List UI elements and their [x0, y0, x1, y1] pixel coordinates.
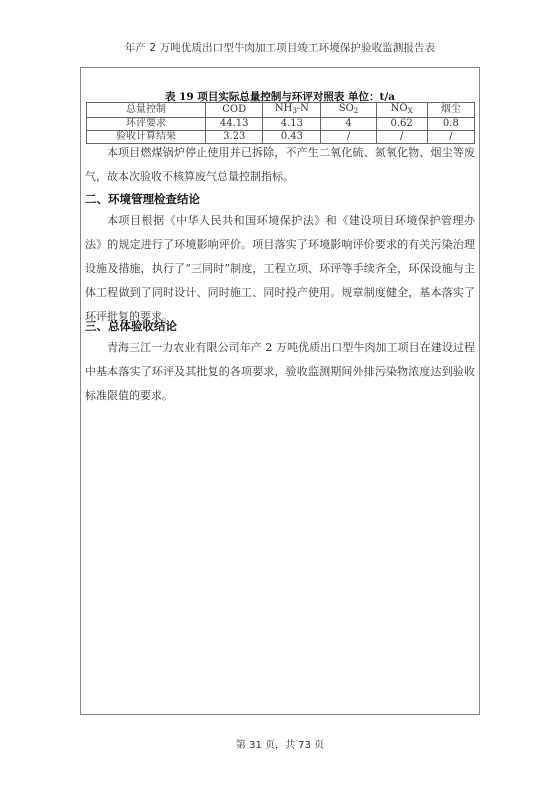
- table-cell: 0.8: [427, 118, 474, 131]
- header-text: -N: [297, 103, 309, 114]
- header-cell: NH3-N: [263, 103, 321, 118]
- header-text: SO: [339, 103, 354, 114]
- table-header-row: 总量控制 COD NH3-N SO2 NOX 烟尘: [87, 103, 475, 118]
- header-cell: NOX: [376, 103, 427, 118]
- paragraph-environmental-management: 本项目根据《中华人民共和国环境保护法》和《建设项目环境保护管理办法》的规定进行了…: [85, 209, 475, 329]
- paragraph-boiler-note: 本项目燃煤锅炉停止使用并已拆除，不产生二氧化硫、氮氧化物、烟尘等废气，故本次验收…: [85, 141, 475, 189]
- subscript: X: [408, 107, 413, 115]
- header-cell: 烟尘: [427, 103, 474, 118]
- header-text: NO: [391, 103, 408, 114]
- table-cell: 环评要求: [87, 118, 206, 131]
- paragraph-overall-conclusion: 青海三江一力农业有限公司年产 2 万吨优质出口型牛肉加工项目在建设过程中基本落实…: [85, 336, 475, 408]
- header-cell: SO2: [321, 103, 376, 118]
- section-heading-overall-conclusion: 三、总体验收结论: [85, 318, 177, 334]
- page-header-title: 年产 2 万吨优质出口型牛肉加工项目竣工环境保护验收监测报告表: [0, 40, 560, 55]
- table-cell: 0.62: [376, 118, 427, 131]
- header-text: NH: [275, 103, 292, 114]
- subscript: 2: [354, 107, 358, 115]
- content-frame: 表 19 项目实际总量控制与环评对照表 单位：t/a 总量控制 COD NH3-…: [80, 67, 480, 715]
- table-row: 环评要求 44.13 4.13 4 0.62 0.8: [87, 118, 475, 131]
- section-heading-environmental-management: 二、环境管理检查结论: [85, 191, 200, 207]
- total-control-table: 总量控制 COD NH3-N SO2 NOX 烟尘 环评要求 44.13 4.1…: [86, 102, 475, 144]
- header-cell: COD: [206, 103, 263, 118]
- header-cell: 总量控制: [87, 103, 206, 118]
- table-cell: 44.13: [206, 118, 263, 131]
- table-cell: 4: [321, 118, 376, 131]
- page-number: 第 31 页，共 73 页: [0, 736, 560, 751]
- table-cell: 4.13: [263, 118, 321, 131]
